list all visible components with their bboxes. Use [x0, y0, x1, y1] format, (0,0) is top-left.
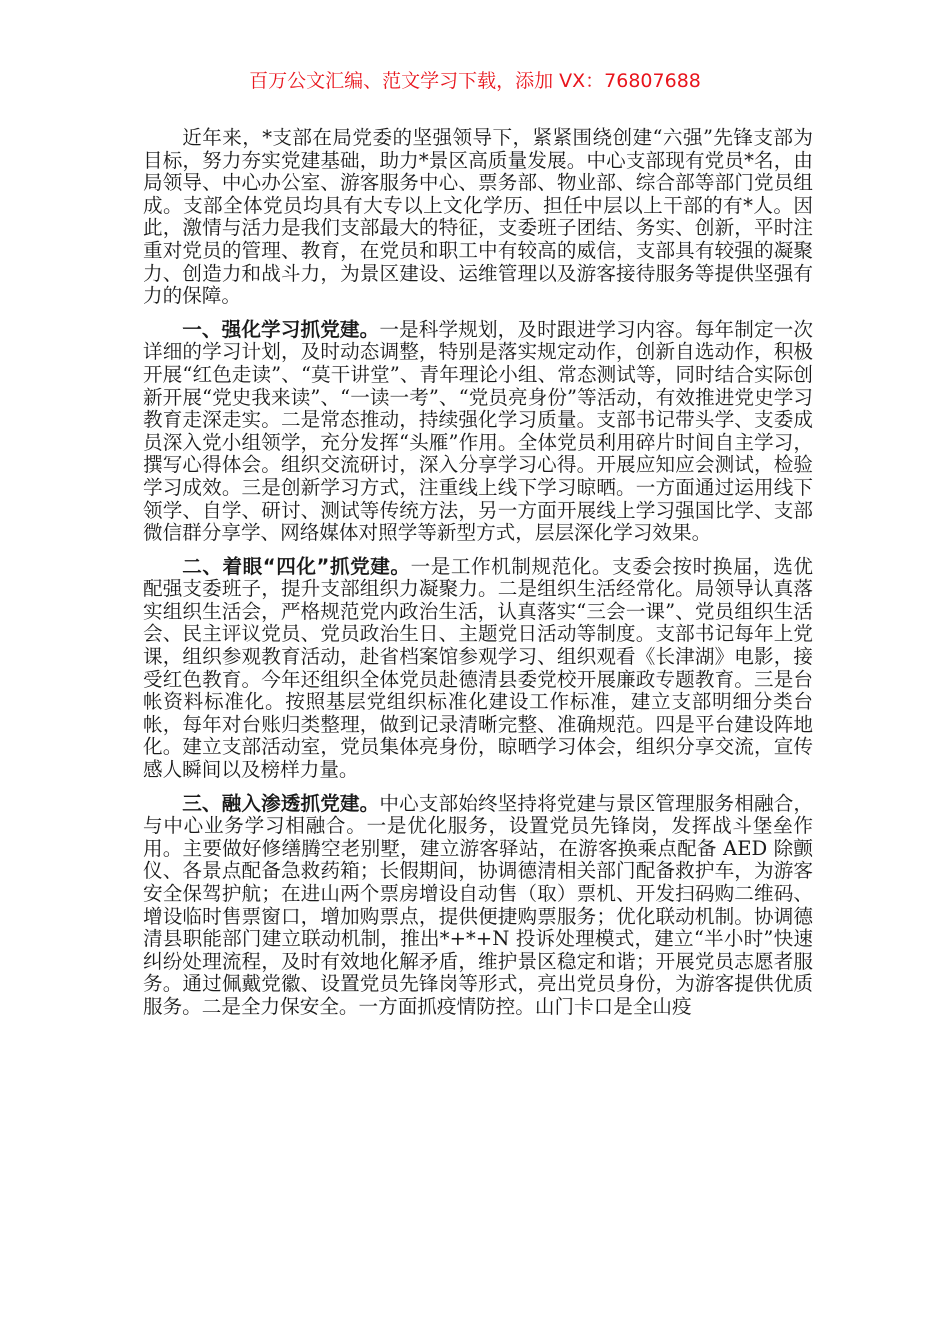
- paragraph-section-3: 三、融入渗透抓党建。中心支部始终坚持将党建与景区管理服务相融合，与中心业务学习相…: [143, 793, 813, 1019]
- section-heading: 三、融入渗透抓党建。: [182, 792, 379, 815]
- paragraph-text: 一是科学规划，及时跟进学习内容。每年制定一次详细的学习计划，及时动态调整，特别是…: [143, 318, 813, 544]
- paragraph-text: 中心支部始终坚持将党建与景区管理服务相融合，与中心业务学习相融合。一是优化服务，…: [143, 792, 813, 1018]
- document-body: 近年来，*支部在局党委的坚强领导下，紧紧围绕创建“六强”先锋支部为目标，努力夯实…: [143, 127, 813, 1030]
- paragraph-section-1: 一、强化学习抓党建。一是科学规划，及时跟进学习内容。每年制定一次详细的学习计划，…: [143, 319, 813, 545]
- paragraph-text: 近年来，*支部在局党委的坚强领导下，紧紧围绕创建“六强”先锋支部为目标，努力夯实…: [143, 126, 813, 307]
- section-heading: 一、强化学习抓党建。: [182, 318, 379, 341]
- section-heading: 二、着眼“四化”抓党建。: [182, 555, 410, 578]
- document-page: 百万公文汇编、范文学习下载，添加 VX：76807688 近年来，*支部在局党委…: [0, 0, 950, 1344]
- paragraph-section-2: 二、着眼“四化”抓党建。一是工作机制规范化。支委会按时换届，选优配强支委班子，提…: [143, 556, 813, 782]
- header-banner: 百万公文汇编、范文学习下载，添加 VX：76807688: [0, 68, 950, 94]
- paragraph-text: 一是工作机制规范化。支委会按时换届，选优配强支委班子，提升支部组织力凝聚力。二是…: [143, 555, 813, 781]
- paragraph-intro: 近年来，*支部在局党委的坚强领导下，紧紧围绕创建“六强”先锋支部为目标，努力夯实…: [143, 127, 813, 308]
